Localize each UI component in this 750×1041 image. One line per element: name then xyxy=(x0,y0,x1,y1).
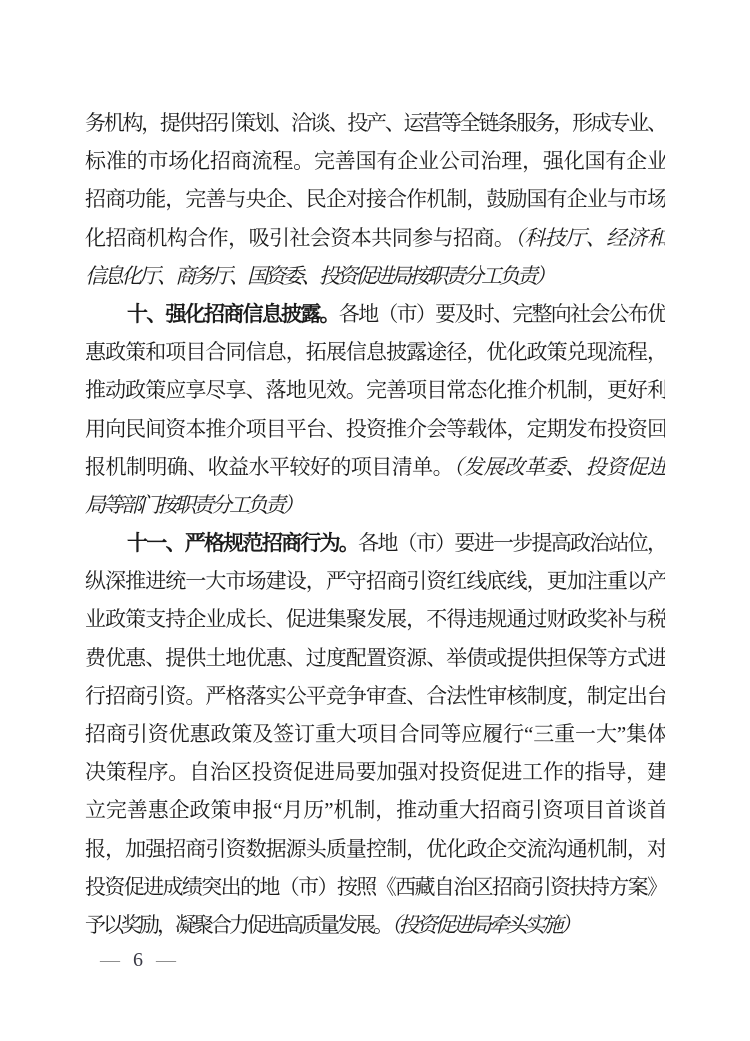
text-line-section-10: 十、强化招商信息披露。各地（市）要及时、完整向社会公布优 xyxy=(85,295,665,333)
section-11-heading: 十一、严格规范招商行为。 xyxy=(127,532,358,555)
body-text: 予以奖励，凝聚合力促进高质量发展。 xyxy=(85,913,391,937)
body-text: 惠政策和项目合同信息，拓展信息披露途径，优化政策兑现流程， xyxy=(85,340,665,364)
body-text: 报，加强招商引资数据源头质量控制，优化政企交流沟通机制，对 xyxy=(85,837,665,861)
text-line: 招商引资优惠政策及签订重大项目合同等应履行“三重一大”集体 xyxy=(85,715,665,753)
attribution-text: （发展改革委、投资促进 xyxy=(453,455,665,479)
text-line: 推动政策应享尽享、落地见效。完善项目常态化推介机制，更好利 xyxy=(85,371,665,409)
body-text: 业政策支持企业成长、促进集聚发展，不得违规通过财政奖补与税 xyxy=(85,607,665,631)
text-line: 用向民间资本推介项目平台、投资推介会等载体，定期发布投资回 xyxy=(85,410,665,448)
body-text: 纵深推进统一大市场建设，严守招商引资红线底线，更加注重以产 xyxy=(85,569,665,593)
text-line-section-11: 十一、严格规范招商行为。各地（市）要进一步提高政治站位， xyxy=(85,524,665,562)
text-line: 行招商引资。严格落实公平竞争审查、合法性审核制度，制定出台 xyxy=(85,677,665,715)
body-text: 行招商引资。严格落实公平竞争审查、合法性审核制度，制定出台 xyxy=(85,684,665,708)
text-line: 务机构，提供招引策划、洽谈、投产、运营等全链条服务，形成专业、 xyxy=(85,104,665,142)
body-text: 化招商机构合作，吸引社会资本共同参与招商。 xyxy=(85,226,514,250)
document-page: 务机构，提供招引策划、洽谈、投产、运营等全链条服务，形成专业、 标准的市场化招商… xyxy=(0,0,750,1041)
page-number-dash-left: — xyxy=(100,949,120,971)
body-text: 投资促进成绩突出的地（市）按照《西藏自治区招商引资扶持方案》 xyxy=(85,875,665,899)
text-line: 予以奖励，凝聚合力促进高质量发展。（投资促进局牵头实施） xyxy=(85,906,665,944)
body-text: 招商引资优惠政策及签订重大项目合同等应履行“三重一大”集体 xyxy=(85,722,665,746)
document-body: 务机构，提供招引策划、洽谈、投产、运营等全链条服务，形成专业、 标准的市场化招商… xyxy=(85,104,665,944)
body-text: 决策程序。自治区投资促进局要加强对投资促进工作的指导，建 xyxy=(85,760,665,784)
body-text: 务机构，提供招引策划、洽谈、投产、运营等全链条服务，形成专业、 xyxy=(85,111,665,135)
page-footer: —6— xyxy=(100,946,176,974)
text-line: 报，加强招商引资数据源头质量控制，优化政企交流沟通机制，对 xyxy=(85,830,665,868)
text-line: 业政策支持企业成长、促进集聚发展，不得违规通过财政奖补与税 xyxy=(85,600,665,638)
page-number: 6 xyxy=(133,949,143,971)
text-line: 决策程序。自治区投资促进局要加强对投资促进工作的指导，建 xyxy=(85,753,665,791)
text-line: 局等部门按职责分工负责） xyxy=(85,486,665,524)
body-text: 用向民间资本推介项目平台、投资推介会等载体，定期发布投资回 xyxy=(85,417,665,441)
text-line: 惠政策和项目合同信息，拓展信息披露途径，优化政策兑现流程， xyxy=(85,333,665,371)
text-line: 纵深推进统一大市场建设，严守招商引资红线底线，更加注重以产 xyxy=(85,562,665,600)
body-text: 推动政策应享尽享、落地见效。完善项目常态化推介机制，更好利 xyxy=(85,378,665,402)
body-text: 报机制明确、收益水平较好的项目清单。 xyxy=(85,455,453,479)
body-text: 各地（市）要及时、完整向社会公布优 xyxy=(339,302,665,326)
text-line: 信息化厅、商务厅、国资委、投资促进局按职责分工负责） xyxy=(85,257,665,295)
text-line: 费优惠、提供土地优惠、过度配置资源、举债或提供担保等方式进 xyxy=(85,639,665,677)
body-text: 标准的市场化招商流程。完善国有企业公司治理，强化国有企业 xyxy=(85,149,665,173)
body-text: 立完善惠企政策申报“月历”机制，推动重大招商引资项目首谈首 xyxy=(85,798,665,822)
section-10-heading: 十、强化招商信息披露。 xyxy=(127,303,339,326)
attribution-text: （投资促进局牵头实施） xyxy=(391,913,579,937)
text-line: 化招商机构合作，吸引社会资本共同参与招商。（科技厅、经济和 xyxy=(85,219,665,257)
text-line: 立完善惠企政策申报“月历”机制，推动重大招商引资项目首谈首 xyxy=(85,791,665,829)
attribution-text: 局等部门按职责分工负责） xyxy=(85,493,301,517)
text-line: 招商功能，完善与央企、民企对接合作机制，鼓励国有企业与市场 xyxy=(85,180,665,218)
body-text: 各地（市）要进一步提高政治站位， xyxy=(358,531,665,555)
text-line: 报机制明确、收益水平较好的项目清单。（发展改革委、投资促进 xyxy=(85,448,665,486)
text-line: 标准的市场化招商流程。完善国有企业公司治理，强化国有企业 xyxy=(85,142,665,180)
body-text: 招商功能，完善与央企、民企对接合作机制，鼓励国有企业与市场 xyxy=(85,187,665,211)
attribution-text: 信息化厅、商务厅、国资委、投资促进局按职责分工负责） xyxy=(85,264,553,288)
attribution-text: （科技厅、经济和 xyxy=(514,226,665,250)
text-line: 投资促进成绩突出的地（市）按照《西藏自治区招商引资扶持方案》 xyxy=(85,868,665,906)
page-number-dash-right: — xyxy=(156,949,176,971)
body-text: 费优惠、提供土地优惠、过度配置资源、举债或提供担保等方式进 xyxy=(85,646,665,670)
